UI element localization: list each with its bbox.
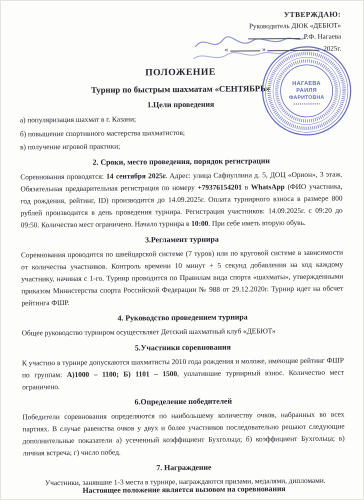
- section-heading-winners: 6.Определение победителей: [22, 395, 344, 410]
- section-heading-awards: 7. Награждение: [23, 461, 345, 476]
- section-paragraph-participants: К участию в турнире допускаются шахматис…: [22, 355, 344, 394]
- stamp-name-line3: ФАРИТОВНА: [289, 95, 324, 101]
- section-paragraph-dates: Соревнования проводятся: 14 сентября 202…: [20, 169, 343, 232]
- document-page: УТВЕРЖДАЮ: Руководитель ДЮК «ДЕБЮТ» Р.Ф.…: [0, 0, 364, 500]
- footer-statement: Настоящее положение является вызовом на …: [23, 483, 345, 497]
- approval-block: УТВЕРЖДАЮ: Руководитель ДЮК «ДЕБЮТ» Р.Ф.…: [166, 10, 341, 56]
- scanned-content: УТВЕРЖДАЮ: Руководитель ДЮК «ДЕБЮТ» Р.Ф.…: [0, 0, 364, 500]
- stamp-name-line2: РАИЛЯ: [296, 88, 317, 94]
- section-heading-dates: 2. Сроки, место проведения, порядок реги…: [20, 155, 342, 170]
- stamp-name-line1: НАГАЕВА: [292, 81, 321, 87]
- section-heading-participants: 5.Участники соревнования: [22, 341, 344, 356]
- date-day-blank: [230, 43, 260, 51]
- approval-date-row: «» 2025г.: [166, 42, 341, 55]
- approver-name: Р.Ф. Нагаева: [304, 33, 341, 41]
- date-month-blank: [267, 42, 319, 50]
- date-year: 2025г.: [323, 44, 341, 52]
- section-paragraph-management: Общее руководство турниром осуществляет …: [22, 325, 344, 340]
- signature-line: [248, 31, 300, 39]
- date-open-quote: «: [225, 45, 229, 53]
- section-paragraph-rules: Соревнования проводится по швейцарской с…: [21, 247, 344, 310]
- goal-item: в) получение игровой практики;: [20, 139, 342, 154]
- section-paragraph-winners: Победители соревнования определяются по …: [22, 409, 344, 460]
- section-heading-management: 4. Руководство проведением турнира: [22, 311, 344, 326]
- section-heading-rules: 3.Регламент турнира: [21, 233, 343, 248]
